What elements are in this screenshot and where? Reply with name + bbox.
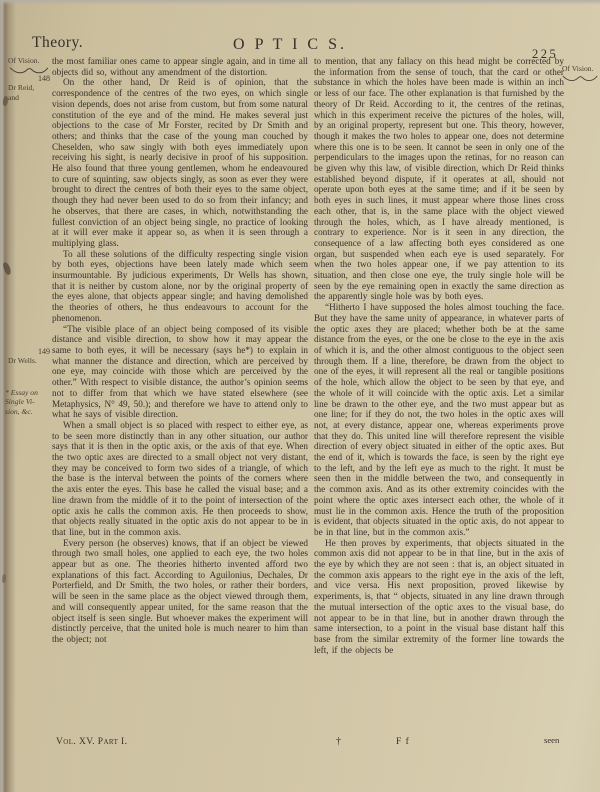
margin-ref-number: 148	[8, 74, 52, 83]
signature-mark: F f	[396, 737, 410, 747]
running-head-title: O P T I C S.	[170, 36, 410, 54]
paragraph: the most familiar ones came to appear si…	[52, 56, 308, 77]
margin-note-label: Of Vision.	[562, 64, 593, 73]
paragraph: He then proves by experiments, that obje…	[314, 538, 564, 656]
margin-ref-149: 149 Dr Wells.	[8, 347, 52, 366]
paragraph: “The visible place of an object being co…	[52, 324, 308, 420]
book-page-scan: Theory. O P T I C S. 225 Of Vision. 148 …	[0, 0, 600, 792]
margin-ref-number: 149	[8, 347, 52, 356]
scan-top-edge	[0, 0, 600, 5]
margin-ref-name: and	[8, 93, 52, 102]
volume-imprint: Vol. XV. Part I.	[56, 737, 127, 747]
left-text-column: the most familiar ones came to appear si…	[52, 56, 308, 645]
catchword: seen	[544, 735, 559, 745]
right-text-column: to mention, that any fallacy on this hea…	[314, 56, 564, 655]
margin-footnote-essay: * Essay on Single Vi- sion, &c.	[5, 388, 52, 416]
footnote-line: * Essay on	[5, 388, 52, 397]
paragraph: When a small object is so placed with re…	[52, 420, 308, 538]
margin-ref-148: 148 Dr Reid, and	[8, 74, 52, 102]
margin-note-of-vision-right: Of Vision.	[562, 64, 598, 83]
footnote-line: sion, &c.	[5, 407, 52, 416]
paragraph: Every person (he observes) knows, that i…	[52, 538, 308, 645]
dagger-mark: †	[336, 736, 341, 747]
margin-note-of-vision-left: Of Vision.	[8, 56, 52, 75]
paragraph: “Hitherto I have supposed the holes almo…	[314, 302, 564, 537]
margin-ref-name: Dr Reid,	[8, 83, 52, 92]
margin-note-label: Of Vision.	[8, 56, 39, 65]
margin-ref-name: Dr Wells.	[8, 356, 52, 365]
running-head-left: Theory.	[32, 34, 83, 52]
footnote-line: Single Vi-	[5, 397, 52, 406]
paragraph: to mention, that any fallacy on this hea…	[314, 56, 564, 302]
paragraph: To all these solutions of the difficulty…	[52, 249, 308, 324]
paragraph: On the other hand, Dr Reid is of opinion…	[52, 77, 308, 248]
section-brace-icon	[562, 74, 598, 83]
